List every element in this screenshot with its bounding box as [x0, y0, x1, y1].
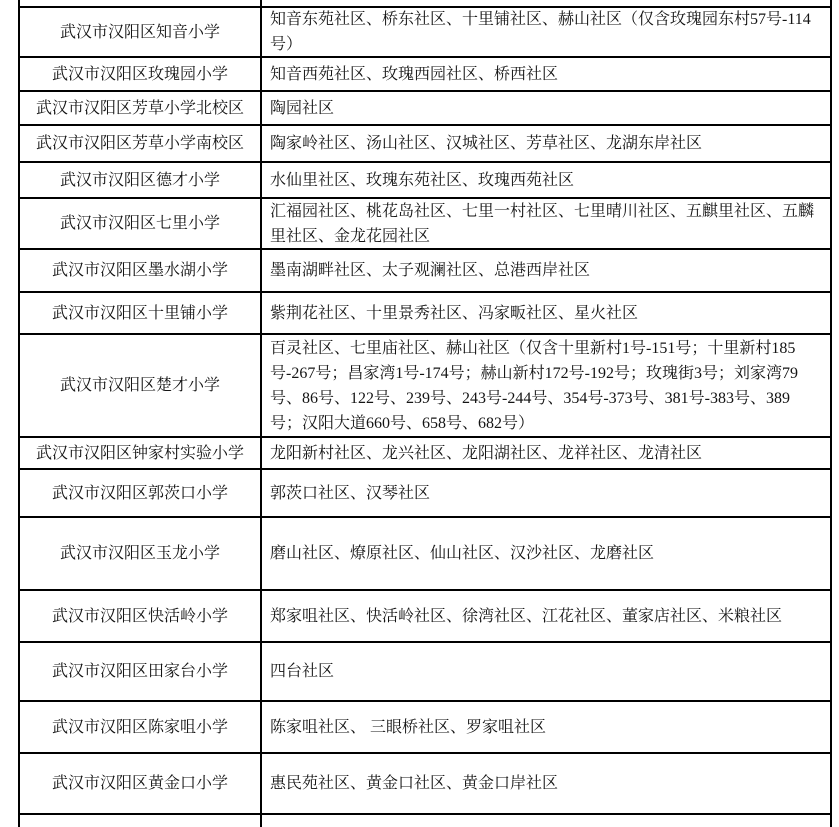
- communities-cell: [260, 0, 830, 6]
- school-cell: 武汉市汉阳区芳草小学南校区: [20, 126, 260, 161]
- school-cell: 武汉市汉阳区快活岭小学: [20, 591, 260, 641]
- school-name: 武汉市汉阳区田家台小学: [52, 659, 228, 684]
- school-name: 武汉市汉阳区十里铺小学: [52, 301, 228, 326]
- communities-cell: 龙阳新村社区、龙兴社区、龙阳湖社区、龙祥社区、龙清社区: [260, 438, 830, 468]
- communities-cell: 紫荆花社区、十里景秀社区、冯家畈社区、星火社区: [260, 293, 830, 333]
- communities-cell: 惠民苑社区、黄金口社区、黄金口岸社区: [260, 754, 830, 813]
- table-row: 武汉市汉阳区芳草小学北校区 陶园社区: [20, 92, 830, 126]
- table-row: 武汉市汉阳区十里铺小学 紫荆花社区、十里景秀社区、冯家畈社区、星火社区: [20, 293, 830, 335]
- communities-cell: 知音东苑社区、桥东社区、十里铺社区、赫山社区（仅含玫瑰园东村57号-114号）: [260, 8, 830, 56]
- school-cell: 武汉市汉阳区七里小学: [20, 199, 260, 248]
- community-list: 陶园社区: [270, 96, 820, 121]
- school-cell: 武汉市汉阳区郭茨口小学: [20, 470, 260, 516]
- table-row: 武汉市汉阳区田家台小学 四台社区: [20, 643, 830, 702]
- school-cell: 武汉市汉阳区墨水湖小学: [20, 250, 260, 291]
- communities-cell: 知音西苑社区、玫瑰西园社区、桥西社区: [260, 58, 830, 90]
- table-row: 武汉市汉阳区知音小学 知音东苑社区、桥东社区、十里铺社区、赫山社区（仅含玫瑰园东…: [20, 8, 830, 58]
- table-row: 武汉市汉阳区七里小学 汇福园社区、桃花岛社区、七里一村社区、七里晴川社区、五麒里…: [20, 199, 830, 250]
- table-row: 武汉市汉阳区陈家咀小学 陈家咀社区、 三眼桥社区、罗家咀社区: [20, 702, 830, 754]
- community-list: 郑家咀社区、快活岭社区、徐湾社区、江花社区、董家店社区、米粮社区: [270, 604, 820, 629]
- school-name: 武汉市汉阳区芳草小学南校区: [36, 131, 244, 156]
- community-list: 郭茨口社区、汉琴社区: [270, 481, 820, 506]
- table-row: 武汉市汉阳区黄金口小学 惠民苑社区、黄金口社区、黄金口岸社区: [20, 754, 830, 815]
- school-cell: 武汉市汉阳区芳草小学北校区: [20, 92, 260, 124]
- school-cell: 武汉市汉阳区十里铺小学: [20, 293, 260, 333]
- community-list: 陶家岭社区、汤山社区、汉城社区、芳草社区、龙湖东岸社区: [270, 131, 820, 156]
- school-name: 武汉市汉阳区知音小学: [60, 20, 220, 45]
- school-name: 武汉市汉阳区德才小学: [60, 168, 220, 193]
- school-cell: [20, 0, 260, 6]
- school-name: 武汉市汉阳区玉龙小学: [60, 541, 220, 566]
- school-name: 武汉市汉阳区钟家村实验小学: [36, 441, 244, 466]
- table-row: 武汉市汉阳区德才小学 水仙里社区、玫瑰东苑社区、玫瑰西苑社区: [20, 163, 830, 199]
- table-row: 武汉市汉阳区芳草小学南校区 陶家岭社区、汤山社区、汉城社区、芳草社区、龙湖东岸社…: [20, 126, 830, 163]
- communities-cell: 四台社区: [260, 643, 830, 700]
- school-name: 武汉市汉阳区玫瑰园小学: [52, 62, 228, 87]
- school-name: 武汉市汉阳区楚才小学: [60, 373, 220, 398]
- school-cell: 武汉市汉阳区陈家咀小学: [20, 702, 260, 752]
- table-row: 武汉市汉阳区快活岭小学 郑家咀社区、快活岭社区、徐湾社区、江花社区、董家店社区、…: [20, 591, 830, 643]
- table-row: 武汉市汉阳区郭茨口小学 郭茨口社区、汉琴社区: [20, 470, 830, 518]
- communities-cell: 郑家咀社区、快活岭社区、徐湾社区、江花社区、董家店社区、米粮社区: [260, 591, 830, 641]
- school-name: 武汉市汉阳区黄金口小学: [52, 771, 228, 796]
- community-list: 陈家咀社区、 三眼桥社区、罗家咀社区: [270, 715, 820, 740]
- community-list: 知音东苑社区、桥东社区、十里铺社区、赫山社区（仅含玫瑰园东村57号-114号）: [270, 8, 820, 57]
- communities-cell: 陶家岭社区、汤山社区、汉城社区、芳草社区、龙湖东岸社区: [260, 126, 830, 161]
- community-list: 惠民苑社区、黄金口社区、黄金口岸社区: [270, 771, 820, 796]
- community-list: 龙阳新村社区、龙兴社区、龙阳湖社区、龙祥社区、龙清社区: [270, 441, 820, 466]
- communities-cell: 百灵社区、七里庙社区、赫山社区（仅含十里新村1号-151号；十里新村185号-2…: [260, 335, 830, 436]
- community-list: 知音西苑社区、玫瑰西园社区、桥西社区: [270, 62, 820, 87]
- communities-cell: 陈家咀社区、 三眼桥社区、罗家咀社区: [260, 702, 830, 752]
- school-cell: 武汉市汉阳区钟家村实验小学: [20, 438, 260, 468]
- communities-cell: 磨山社区、燎原社区、仙山社区、汉沙社区、龙磨社区: [260, 518, 830, 589]
- community-list: 水仙里社区、玫瑰东苑社区、玫瑰西苑社区: [270, 168, 820, 193]
- school-cell: 武汉市汉阳区玉龙小学: [20, 518, 260, 589]
- school-cell: 武汉市汉阳区玫瑰园小学: [20, 58, 260, 90]
- school-cell: 武汉市汉阳区楚才小学: [20, 335, 260, 436]
- community-list: 磨山社区、燎原社区、仙山社区、汉沙社区、龙磨社区: [270, 541, 820, 566]
- table-row: 武汉市汉阳区墨水湖小学 墨南湖畔社区、太子观澜社区、总港西岸社区: [20, 250, 830, 293]
- communities-cell: 水仙里社区、玫瑰东苑社区、玫瑰西苑社区: [260, 163, 830, 197]
- table-row: 武汉市汉阳区楚才小学 百灵社区、七里庙社区、赫山社区（仅含十里新村1号-151号…: [20, 335, 830, 438]
- table-row: 武汉市汉阳区钟家村实验小学 龙阳新村社区、龙兴社区、龙阳湖社区、龙祥社区、龙清社…: [20, 438, 830, 470]
- school-cell: 武汉市汉阳区黄金口小学: [20, 754, 260, 813]
- community-list: 汇福园社区、桃花岛社区、七里一村社区、七里晴川社区、五麒里社区、五麟里社区、金龙…: [270, 199, 820, 249]
- table-row: 武汉市汉阳区玫瑰园小学 知音西苑社区、玫瑰西园社区、桥西社区: [20, 58, 830, 92]
- school-communities-table: 武汉市汉阳区知音小学 知音东苑社区、桥东社区、十里铺社区、赫山社区（仅含玫瑰园东…: [18, 0, 832, 818]
- communities-cell: 陶园社区: [260, 92, 830, 124]
- partial-row-top: [20, 0, 830, 8]
- school-name: 武汉市汉阳区快活岭小学: [52, 604, 228, 629]
- community-list: 四台社区: [270, 659, 820, 684]
- communities-cell: 郭茨口社区、汉琴社区: [260, 470, 830, 516]
- communities-cell: 墨南湖畔社区、太子观澜社区、总港西岸社区: [260, 250, 830, 291]
- school-cell: 武汉市汉阳区田家台小学: [20, 643, 260, 700]
- school-name: 武汉市汉阳区七里小学: [60, 211, 220, 236]
- school-cell: 武汉市汉阳区知音小学: [20, 8, 260, 56]
- table-row: 武汉市汉阳区玉龙小学 磨山社区、燎原社区、仙山社区、汉沙社区、龙磨社区: [20, 518, 830, 591]
- school-name: 武汉市汉阳区墨水湖小学: [52, 258, 228, 283]
- school-name: 武汉市汉阳区郭茨口小学: [52, 481, 228, 506]
- school-name: 武汉市汉阳区芳草小学北校区: [36, 96, 244, 121]
- community-list: 墨南湖畔社区、太子观澜社区、总港西岸社区: [270, 258, 820, 283]
- communities-cell: 汇福园社区、桃花岛社区、七里一村社区、七里晴川社区、五麒里社区、五麟里社区、金龙…: [260, 199, 830, 248]
- school-name: 武汉市汉阳区陈家咀小学: [52, 715, 228, 740]
- community-list: 百灵社区、七里庙社区、赫山社区（仅含十里新村1号-151号；十里新村185号-2…: [270, 336, 820, 436]
- school-cell: 武汉市汉阳区德才小学: [20, 163, 260, 197]
- community-list: 紫荆花社区、十里景秀社区、冯家畈社区、星火社区: [270, 301, 820, 326]
